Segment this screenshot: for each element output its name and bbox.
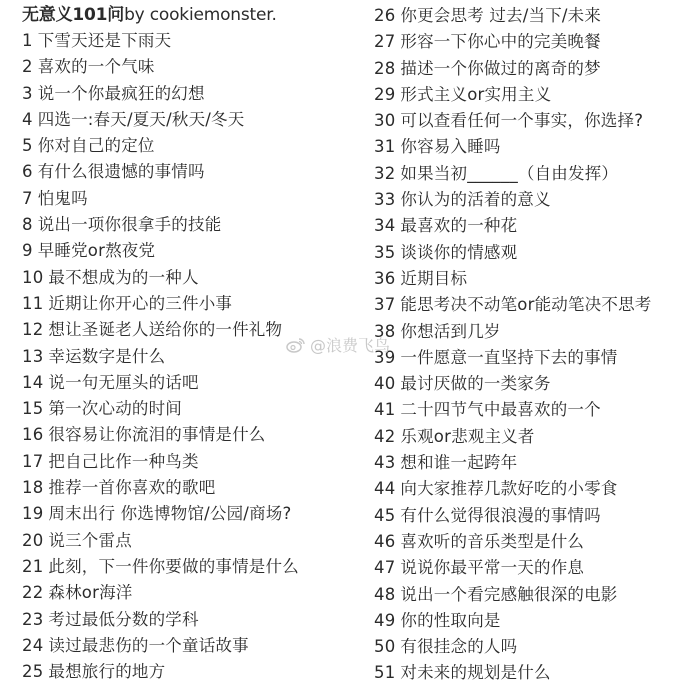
- item-number: 29: [374, 82, 395, 108]
- item-number: 19: [22, 501, 43, 527]
- item-number: 24: [22, 633, 43, 659]
- item-text: 此刻，下一件你要做的事情是什么: [48, 557, 299, 576]
- list-item: 30可以查看任何一个事实，你选择?: [374, 108, 652, 134]
- item-number: 11: [22, 291, 43, 317]
- item-text: 说三个雷点: [48, 531, 132, 550]
- item-text: 说出一个看完感触很深的电影: [400, 585, 617, 604]
- item-number: 7: [22, 186, 33, 212]
- list-item: 34最喜欢的一种花: [374, 213, 652, 239]
- item-text: 下雪天还是下雨天: [38, 31, 172, 50]
- list-item: 51对未来的规划是什么: [374, 660, 652, 686]
- item-text: 读过最悲伤的一个童话故事: [48, 636, 248, 655]
- list-item: 41二十四节气中最喜欢的一个: [374, 397, 652, 423]
- item-number: 37: [374, 292, 395, 318]
- item-text: 形式主义or实用主义: [400, 85, 551, 104]
- watermark: @浪费飞鸟: [286, 333, 390, 356]
- item-text: 说一句无厘头的话吧: [48, 373, 198, 392]
- list-item: 36近期目标: [374, 266, 652, 292]
- list-item: 42乐观or悲观主义者: [374, 424, 652, 450]
- list-item: 20说三个雷点: [22, 528, 299, 554]
- item-number: 42: [374, 424, 395, 450]
- item-number: 17: [22, 449, 43, 475]
- list-item: 18推荐一首你喜欢的歌吧: [22, 475, 299, 501]
- item-text: 近期让你开心的三件小事: [48, 294, 232, 313]
- item-text: 你想活到几岁: [400, 322, 500, 341]
- item-text: 你对自己的定位: [38, 136, 155, 155]
- list-item: 38你想活到几岁: [374, 319, 652, 345]
- item-number: 14: [22, 370, 43, 396]
- list-item: 47说说你最平常一天的作息: [374, 555, 652, 581]
- item-text: 如果当初______（自由发挥）: [400, 164, 618, 183]
- item-number: 2: [22, 54, 33, 80]
- item-number: 50: [374, 634, 395, 660]
- item-number: 21: [22, 554, 43, 580]
- question-list-left: 1下雪天还是下雨天2喜欢的一个气味3说一个你最疯狂的幻想4四选一:春天/夏天/秋…: [22, 28, 299, 685]
- item-number: 33: [374, 187, 395, 213]
- list-item: 43想和谁一起跨年: [374, 450, 652, 476]
- list-item: 16很容易让你流泪的事情是什么: [22, 422, 299, 448]
- list-item: 25最想旅行的地方: [22, 659, 299, 685]
- item-text: 四选一:春天/夏天/秋天/冬天: [38, 110, 245, 129]
- list-item: 2喜欢的一个气味: [22, 54, 299, 80]
- list-item: 48说出一个看完感触很深的电影: [374, 582, 652, 608]
- list-item: 7怕鬼吗: [22, 186, 299, 212]
- item-number: 23: [22, 607, 43, 633]
- item-number: 5: [22, 133, 33, 159]
- item-text: 把自己比作一种鸟类: [48, 452, 198, 471]
- item-number: 43: [374, 450, 395, 476]
- item-number: 22: [22, 580, 43, 606]
- list-item: 32如果当初______（自由发挥）: [374, 161, 652, 187]
- list-item: 10最不想成为的一种人: [22, 265, 299, 291]
- item-text: 周末出行 你选博物馆/公园/商场?: [48, 504, 291, 523]
- item-text: 说一个你最疯狂的幻想: [38, 84, 205, 103]
- item-number: 48: [374, 582, 395, 608]
- right-column: 26你更会思考 过去/当下/未来27形容一下你心中的完美晚餐28描述一个你做过的…: [374, 3, 652, 687]
- list-item: 11近期让你开心的三件小事: [22, 291, 299, 317]
- item-number: 18: [22, 475, 43, 501]
- item-text: 有什么觉得很浪漫的事情吗: [400, 506, 600, 525]
- list-item: 44向大家推荐几款好吃的小零食: [374, 476, 652, 502]
- item-number: 47: [374, 555, 395, 581]
- item-number: 27: [374, 29, 395, 55]
- list-item: 40最讨厌做的一类家务: [374, 371, 652, 397]
- item-text: 你更会思考 过去/当下/未来: [400, 6, 601, 25]
- list-item: 5你对自己的定位: [22, 133, 299, 159]
- title-cn: 无意义101问: [22, 5, 124, 25]
- item-text: 能思考决不动笔or能动笔决不思考: [400, 295, 651, 314]
- list-item: 3说一个你最疯狂的幻想: [22, 81, 299, 107]
- item-text: 有很挂念的人吗: [400, 637, 517, 656]
- list-item: 31你容易入睡吗: [374, 134, 652, 160]
- item-number: 10: [22, 265, 43, 291]
- item-text: 谈谈你的情感观: [400, 243, 517, 262]
- item-number: 28: [374, 56, 395, 82]
- item-text: 第一次心动的时间: [48, 399, 182, 418]
- item-text: 说出一项你很拿手的技能: [38, 215, 222, 234]
- list-item: 21此刻，下一件你要做的事情是什么: [22, 554, 299, 580]
- list-item: 14说一句无厘头的话吧: [22, 370, 299, 396]
- list-item: 45有什么觉得很浪漫的事情吗: [374, 503, 652, 529]
- item-number: 15: [22, 396, 43, 422]
- item-number: 16: [22, 422, 43, 448]
- list-item: 29形式主义or实用主义: [374, 82, 652, 108]
- list-item: 26你更会思考 过去/当下/未来: [374, 3, 652, 29]
- item-number: 12: [22, 317, 43, 343]
- item-text: 可以查看任何一个事实，你选择?: [400, 111, 643, 130]
- item-number: 45: [374, 503, 395, 529]
- item-text: 早睡党or熬夜党: [38, 241, 155, 260]
- list-item: 50有很挂念的人吗: [374, 634, 652, 660]
- item-text: 有什么很遗憾的事情吗: [38, 162, 205, 181]
- item-number: 44: [374, 476, 395, 502]
- list-item: 12想让圣诞老人送给你的一件礼物: [22, 317, 299, 343]
- item-text: 描述一个你做过的离奇的梦: [400, 59, 600, 78]
- list-item: 9早睡党or熬夜党: [22, 238, 299, 264]
- item-text: 对未来的规划是什么: [400, 663, 550, 682]
- item-text: 向大家推荐几款好吃的小零食: [400, 479, 617, 498]
- item-text: 你容易入睡吗: [400, 137, 500, 156]
- list-item: 46喜欢听的音乐类型是什么: [374, 529, 652, 555]
- item-text: 幸运数字是什么: [48, 347, 165, 366]
- item-text: 最喜欢的一种花: [400, 216, 517, 235]
- item-text: 你的性取向是: [400, 611, 500, 630]
- page-title: 无意义101问by cookiemonster.: [22, 2, 299, 28]
- weibo-icon: [286, 337, 306, 353]
- item-text: 说说你最平常一天的作息: [400, 558, 584, 577]
- item-number: 32: [374, 161, 395, 187]
- item-text: 考过最低分数的学科: [48, 610, 198, 629]
- list-item: 19周末出行 你选博物馆/公园/商场?: [22, 501, 299, 527]
- item-number: 3: [22, 81, 33, 107]
- item-number: 31: [374, 134, 395, 160]
- item-number: 35: [374, 240, 395, 266]
- item-number: 34: [374, 213, 395, 239]
- item-number: 4: [22, 107, 33, 133]
- list-item: 27形容一下你心中的完美晚餐: [374, 29, 652, 55]
- list-item: 17把自己比作一种鸟类: [22, 449, 299, 475]
- list-item: 28描述一个你做过的离奇的梦: [374, 56, 652, 82]
- item-text: 最不想成为的一种人: [48, 268, 198, 287]
- item-number: 25: [22, 659, 43, 685]
- list-item: 35谈谈你的情感观: [374, 240, 652, 266]
- item-text: 想和谁一起跨年: [400, 453, 517, 472]
- item-number: 30: [374, 108, 395, 134]
- question-list-right: 26你更会思考 过去/当下/未来27形容一下你心中的完美晚餐28描述一个你做过的…: [374, 3, 652, 687]
- item-text: 森林or海洋: [48, 583, 132, 602]
- item-number: 26: [374, 3, 395, 29]
- item-number: 8: [22, 212, 33, 238]
- item-number: 1: [22, 28, 33, 54]
- item-number: 40: [374, 371, 395, 397]
- list-item: 37能思考决不动笔or能动笔决不思考: [374, 292, 652, 318]
- item-text: 想让圣诞老人送给你的一件礼物: [48, 320, 282, 339]
- item-text: 最想旅行的地方: [48, 662, 165, 681]
- list-item: 4四选一:春天/夏天/秋天/冬天: [22, 107, 299, 133]
- item-text: 乐观or悲观主义者: [400, 427, 534, 446]
- list-item: 6有什么很遗憾的事情吗: [22, 159, 299, 185]
- list-item: 24读过最悲伤的一个童话故事: [22, 633, 299, 659]
- list-item: 49你的性取向是: [374, 608, 652, 634]
- list-item: 1下雪天还是下雨天: [22, 28, 299, 54]
- item-text: 推荐一首你喜欢的歌吧: [48, 478, 215, 497]
- item-text: 最讨厌做的一类家务: [400, 374, 550, 393]
- list-item: 23考过最低分数的学科: [22, 607, 299, 633]
- item-number: 20: [22, 528, 43, 554]
- list-item: 22森林or海洋: [22, 580, 299, 606]
- item-text: 喜欢的一个气味: [38, 57, 155, 76]
- item-number: 9: [22, 238, 33, 264]
- list-item: 8说出一项你很拿手的技能: [22, 212, 299, 238]
- item-number: 46: [374, 529, 395, 555]
- title-author: by cookiemonster.: [124, 5, 277, 25]
- item-text: 近期目标: [400, 269, 467, 288]
- item-number: 13: [22, 344, 43, 370]
- item-number: 36: [374, 266, 395, 292]
- list-item: 13幸运数字是什么: [22, 344, 299, 370]
- item-text: 喜欢听的音乐类型是什么: [400, 532, 584, 551]
- list-item: 15第一次心动的时间: [22, 396, 299, 422]
- list-item: 33你认为的活着的意义: [374, 187, 652, 213]
- item-text: 很容易让你流泪的事情是什么: [48, 425, 265, 444]
- watermark-text: @浪费飞鸟: [310, 333, 390, 356]
- item-text: 你认为的活着的意义: [400, 190, 550, 209]
- item-number: 51: [374, 660, 395, 686]
- item-text: 怕鬼吗: [38, 189, 88, 208]
- item-number: 6: [22, 159, 33, 185]
- item-text: 形容一下你心中的完美晚餐: [400, 32, 600, 51]
- item-text: 二十四节气中最喜欢的一个: [400, 400, 600, 419]
- item-text: 一件愿意一直坚持下去的事情: [400, 348, 617, 367]
- item-number: 49: [374, 608, 395, 634]
- list-item: 39一件愿意一直坚持下去的事情: [374, 345, 652, 371]
- left-column: 无意义101问by cookiemonster. 1下雪天还是下雨天2喜欢的一个…: [22, 2, 299, 685]
- item-number: 41: [374, 397, 395, 423]
